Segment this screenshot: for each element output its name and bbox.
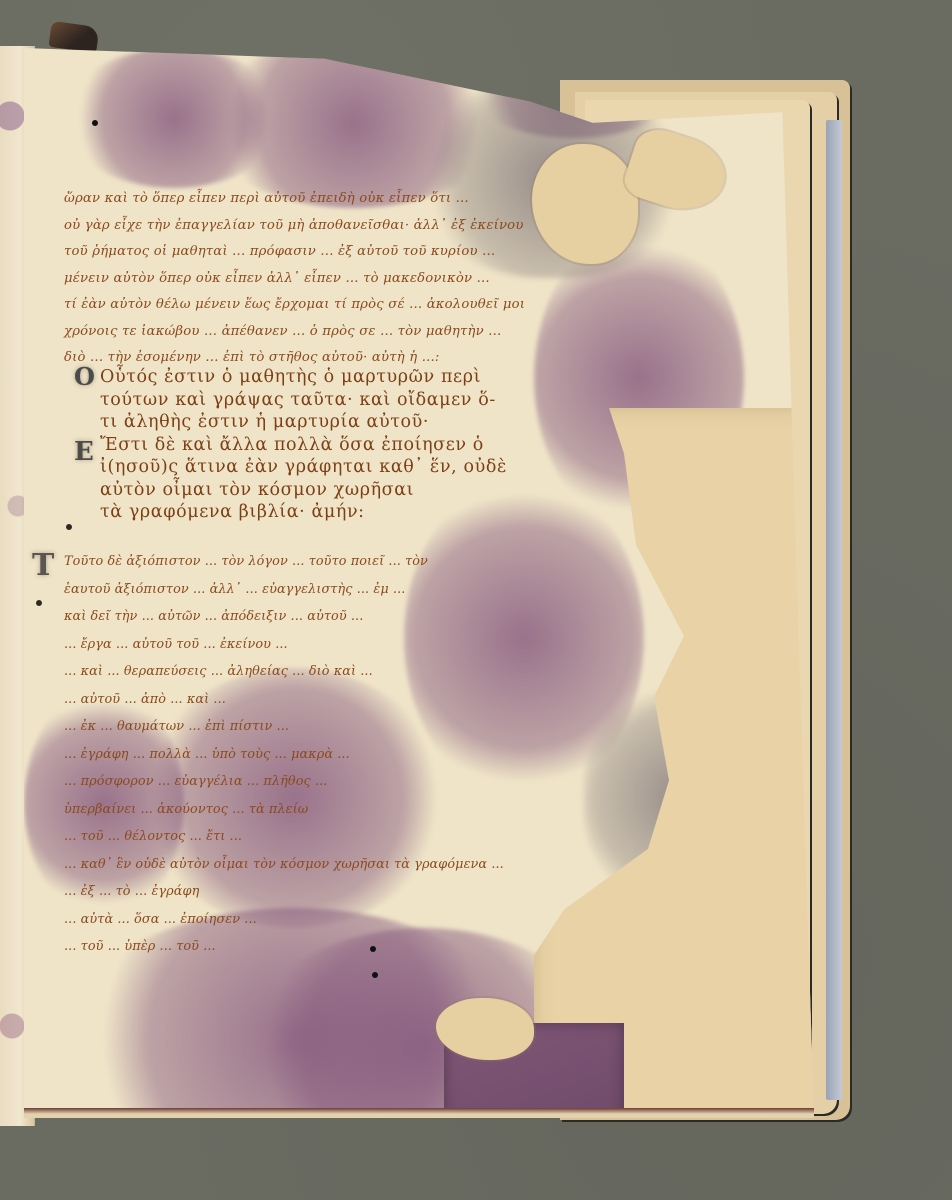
text-line: Οὗτός ἐστιν ὁ μαθητὴς ὁ μαρτυρῶν περὶ	[100, 366, 507, 389]
text-line: ... καὶ ... θεραπεύσεις ... ἀληθείας ...…	[64, 658, 504, 686]
text-line: ... τοῦ ... θέλοντος ... ἔτι ...	[64, 823, 504, 851]
text-line: ὥραν καὶ τὸ ὅπερ εἶπεν περὶ αὐτοῦ ἐπειδὴ…	[64, 186, 525, 213]
text-line: τούτων καὶ γράψας ταῦτα· καὶ οἴδαμεν ὅ-	[100, 389, 507, 412]
text-line: οὐ γὰρ εἶχε τὴν ἐπαγγελίαν τοῦ μὴ ἀποθαν…	[64, 213, 525, 240]
commentary-block-lower: Τοῦτο δὲ ἀξιόπιστον ... τὸν λόγον ... το…	[64, 548, 504, 961]
text-line: ... αὐτοῦ ... ἀπὸ ... καὶ ...	[64, 686, 504, 714]
text-line: Τοῦτο δὲ ἀξιόπιστον ... τὸν λόγον ... το…	[64, 548, 504, 576]
text-line: ὑπερβαίνει ... ἀκούοντος ... τὰ πλείω	[64, 796, 504, 824]
text-line: αὐτὸν οἶμαι τὸν κόσμον χωρῆσαι	[100, 479, 507, 502]
text-line: ... αὐτὰ ... ὅσα ... ἐποίησεν ...	[64, 906, 504, 934]
text-line: μένειν αὐτὸν ὅπερ οὐκ εἶπεν ἀλλ᾽ εἶπεν .…	[64, 266, 525, 293]
text-line: ... ἐκ ... θαυμάτων ... ἐπὶ πίστιν ...	[64, 713, 504, 741]
text-line: ... καθ᾽ ἓν οὐδὲ αὐτὸν οἶμαι τὸν κόσμον …	[64, 851, 504, 879]
text-line: τι ἀληθὴς ἐστιν ἡ μαρτυρία αὐτοῦ·	[100, 411, 507, 434]
marginal-dot	[66, 524, 72, 530]
commentary-block-upper: ὥραν καὶ τὸ ὅπερ εἶπεν περὶ αὐτοῦ ἐπειδὴ…	[64, 186, 525, 372]
blue-guard-strip	[826, 120, 842, 1100]
text-line: Ἔστι δὲ καὶ ἄλλα πολλὰ ὅσα ἐποίησεν ὁ	[100, 434, 507, 457]
text-line: τὰ γραφόμενα βιβλία· ἀμήν:	[100, 501, 507, 524]
folio-bottom-edge	[24, 1108, 814, 1118]
text-line: ... ἔργα ... αὐτοῦ τοῦ ... ἐκείνου ...	[64, 631, 504, 659]
decorated-initial-epsilon: Ε	[74, 437, 94, 467]
text-line: ... ἐγράφη ... πολλὰ ... ὑπὸ τοὺς ... μα…	[64, 741, 504, 769]
text-line: τοῦ ῥήματος οἱ μαθηταὶ ... πρόφασιν ... …	[64, 239, 525, 266]
text-line: ... τοῦ ... ὑπὲρ ... τοῦ ...	[64, 933, 504, 961]
text-line: χρόνοις τε ἰακώβου ... ἀπέθανεν ... ὁ πρ…	[64, 319, 525, 346]
decorated-initial-omicron: Ο	[74, 362, 95, 391]
gospel-lemma-block: Οὗτός ἐστιν ὁ μαθητὴς ὁ μαρτυρῶν περὶ το…	[100, 366, 507, 524]
text-line: ἑαυτοῦ ἀξιόπιστον ... ἀλλ᾽ ... εὐαγγελισ…	[64, 576, 504, 604]
text-line: ... πρόσφορον ... εὐαγγέλια ... πλῆθος .…	[64, 768, 504, 796]
text-line: τί ἐὰν αὐτὸν θέλω μένειν ἕως ἔρχομαι τί …	[64, 292, 525, 319]
text-line: ... ἐξ ... τὸ ... ἐγράφη	[64, 878, 504, 906]
text-line: καὶ δεῖ τὴν ... αὐτῶν ... ἀπόδειξιν ... …	[64, 603, 504, 631]
marginal-dot	[36, 600, 42, 606]
wormhole	[372, 972, 378, 978]
wormhole	[92, 120, 98, 126]
text-line: ἰ(ησοῦ)ς ἅτινα ἐὰν γράφηται καθ᾽ ἕν, οὐδ…	[100, 456, 507, 479]
decorated-initial-tau: Τ	[32, 548, 54, 583]
